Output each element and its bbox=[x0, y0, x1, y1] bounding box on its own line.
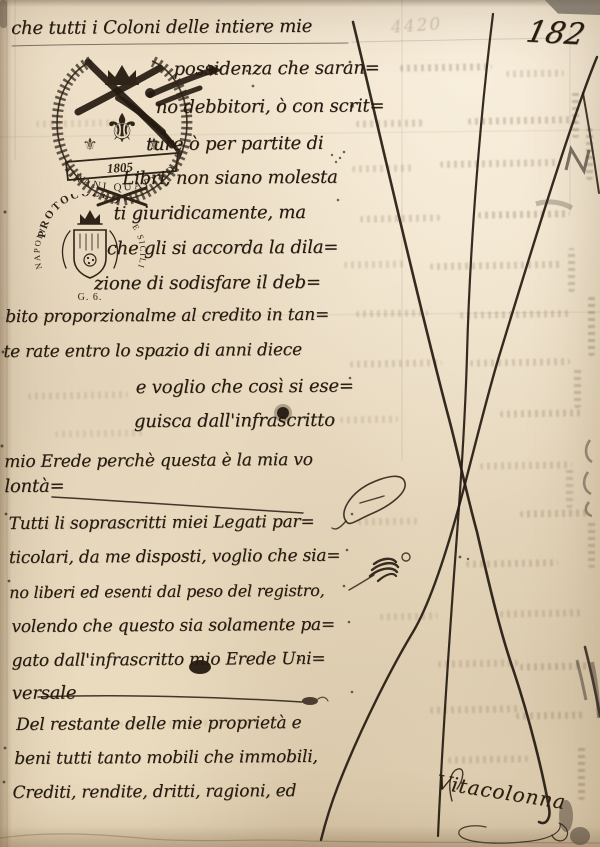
manuscript-line-3: no debbitori, ò con scrit= bbox=[156, 95, 385, 118]
manuscript-line-16: ticolari, da me disposti, voglio che sia… bbox=[9, 546, 341, 568]
manuscript-line-18: volendo che questo sia solamente pa= bbox=[11, 615, 335, 637]
manuscript-line-19: gato dall'infrascritto mio Erede Uni= bbox=[12, 649, 326, 671]
manuscript-line-22: beni tutti tanto mobili che immobili, bbox=[14, 747, 318, 769]
manuscript-line-12: guisca dall'infrascritto bbox=[134, 410, 335, 432]
manuscript-line-8: zione di sodisfare il deb= bbox=[94, 272, 321, 295]
manuscript-line-7: che gli si accorda la dila= bbox=[107, 237, 339, 260]
manuscript-line-21: Del restante delle mie proprietà e bbox=[16, 713, 301, 735]
manuscript-line-10: te rate entro lo spazio di anni diece bbox=[3, 340, 302, 362]
manuscript-line-1: che tutti i Coloni delle intiere mie bbox=[11, 16, 312, 39]
manuscript-page: ⚜ ⚜ ⚜ 1805 GRANI QUATTRO PROTOCOLLO NAPO… bbox=[0, 0, 600, 847]
manuscript-line-17: no liberi ed esenti dal peso del registr… bbox=[9, 581, 324, 602]
manuscript: che tutti i Coloni delle intiere mieposs… bbox=[0, 0, 600, 847]
manuscript-line-23: Crediti, rendite, dritti, ragioni, ed bbox=[13, 781, 297, 803]
manuscript-line-20: versale bbox=[12, 683, 77, 704]
manuscript-line-13: mio Erede perchè questa è la mia vo bbox=[4, 450, 313, 472]
manuscript-line-4: ture ò per partite di bbox=[146, 133, 324, 155]
manuscript-line-6: ti giuridicamente, ma bbox=[113, 202, 305, 224]
manuscript-line-14: lontà= bbox=[4, 476, 64, 497]
manuscript-line-15: Tutti li soprascritti miei Legati par= bbox=[9, 512, 315, 534]
manuscript-line-11: e voglio che così si ese= bbox=[136, 376, 354, 399]
manuscript-line-9: bito proporzionalme al credito in tan= bbox=[5, 305, 329, 327]
manuscript-line-2: possidenza che saran= bbox=[173, 57, 379, 79]
manuscript-line-5: Libri, non siano molesta bbox=[122, 167, 338, 190]
